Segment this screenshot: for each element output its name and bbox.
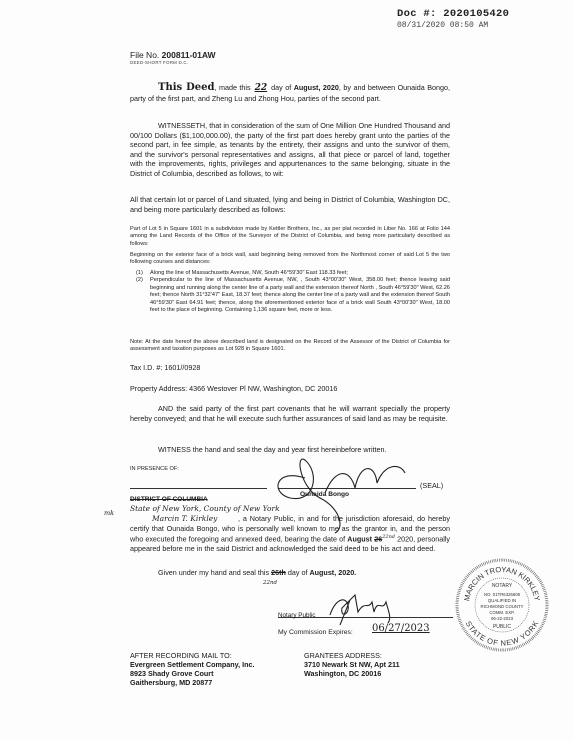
form-label: DEED-SHORT FORM D.C. bbox=[130, 60, 188, 65]
file-no-value: 200811-01AW bbox=[162, 50, 216, 60]
covenant-paragraph: AND the said party of the first part cov… bbox=[130, 404, 450, 423]
given-day-handwritten: 22nd bbox=[263, 580, 277, 586]
doc-label: Doc #: bbox=[397, 8, 437, 20]
course-number: (2) bbox=[130, 277, 150, 314]
grantees-line: Washington, DC 20016 bbox=[304, 669, 400, 678]
deed-page: Doc #: 2020105420 08/31/2020 08:50 AM Fi… bbox=[0, 0, 573, 742]
handwritten-jurisdiction: State of New York, County of New York bbox=[130, 504, 280, 513]
recording-stamp: Doc #: 2020105420 08/31/2020 08:50 AM bbox=[397, 8, 509, 30]
given-under-text: Given under my hand and seal this bbox=[158, 568, 269, 577]
seal-county: RICHMOND COUNTY bbox=[481, 604, 524, 609]
course-text: Along the line of Massachusetts Avenue, … bbox=[150, 270, 450, 277]
course-item: (2)Perpendicular to the line of Massachu… bbox=[130, 277, 450, 314]
certify-month: August bbox=[347, 535, 372, 544]
seal-exp-date: 06-22-2023 bbox=[491, 616, 514, 621]
seal-number: NO. 01TR6326608 bbox=[484, 592, 521, 597]
doc-number: 2020105420 bbox=[443, 8, 509, 20]
given-day-of: day of bbox=[288, 568, 308, 577]
mail-to-block: AFTER RECORDING MAIL TO: Evergreen Settl… bbox=[130, 651, 255, 687]
beginning-description: Beginning on the exterior face of a bric… bbox=[130, 252, 450, 267]
mail-to-line: Evergreen Settlement Company, Inc. bbox=[130, 660, 255, 669]
seal-public: PUBLIC bbox=[493, 624, 511, 630]
certify-day-handwritten: 22nd bbox=[382, 534, 395, 540]
opening-month-year: August, 2020 bbox=[294, 83, 339, 92]
notary-signature bbox=[320, 590, 420, 625]
course-item: (1)Along the line of Massachusetts Avenu… bbox=[130, 270, 450, 277]
mail-to-line: 8923 Shady Grove Court bbox=[130, 669, 255, 678]
seal-qualified: QUALIFIED IN bbox=[488, 598, 516, 603]
given-day-struck: 26th bbox=[271, 568, 286, 577]
file-no-label: File No. bbox=[130, 50, 159, 60]
seal-label: (SEAL) bbox=[420, 481, 443, 490]
notary-certification: , a Notary Public, in and for the jurisd… bbox=[130, 514, 450, 554]
seal-title: NOTARY bbox=[492, 583, 513, 589]
witness-signature-line bbox=[130, 488, 267, 489]
commission-label: My Commission Expires: bbox=[278, 629, 353, 636]
land-intro: All that certain lot or parcel of Land s… bbox=[130, 195, 450, 214]
handwritten-day: 22 bbox=[251, 83, 272, 93]
file-number: File No. 200811-01AW bbox=[130, 50, 216, 60]
mail-to-line: Gaithersburg, MD 20877 bbox=[130, 678, 255, 687]
commission-expires-date: 06/27/2023 bbox=[372, 623, 430, 634]
assessor-note: Note: At the date hereof the above descr… bbox=[130, 339, 450, 354]
seal-comm-exp: COMM. EXP. bbox=[489, 610, 514, 615]
in-presence-of: IN PRESENCE OF: bbox=[130, 466, 179, 472]
courses-list: (1)Along the line of Massachusetts Avenu… bbox=[130, 270, 450, 314]
opening-paragraph: This Deed, made this22day of August, 202… bbox=[130, 83, 450, 103]
grantees-address-block: GRANTEES ADDRESS: 3710 Newark St NW, Apt… bbox=[304, 651, 400, 678]
property-address: Property Address: 4366 Westover Pl NW, W… bbox=[130, 384, 450, 394]
notary-public-label: Notary Public bbox=[278, 612, 315, 619]
grantees-label: GRANTEES ADDRESS: bbox=[304, 651, 400, 660]
mail-to-label: AFTER RECORDING MAIL TO: bbox=[130, 651, 255, 660]
tax-id: Tax I.D. #: 1601//0928 bbox=[130, 363, 450, 373]
certify-day-struck: 26 bbox=[374, 535, 382, 544]
handwritten-initials: mk bbox=[104, 509, 114, 517]
course-text: Perpendicular to the line of Massachuset… bbox=[150, 277, 450, 314]
recording-datetime: 08/31/2020 08:50 AM bbox=[397, 21, 509, 30]
witnesseth-paragraph: WITNESSETH, that in consideration of the… bbox=[130, 121, 450, 179]
opening-made-this: , made this bbox=[215, 83, 251, 92]
struck-jurisdiction: DISTRICT OF COLUMBIA bbox=[130, 496, 208, 503]
course-number: (1) bbox=[130, 270, 150, 277]
opening-day-of: day of bbox=[271, 83, 291, 92]
grantees-line: 3710 Newark St NW, Apt 211 bbox=[304, 660, 400, 669]
given-under-hand: Given under my hand and seal this 26th d… bbox=[130, 568, 450, 578]
part-of-lot: Part of Lot 5 in Square 1601 in a subdiv… bbox=[130, 226, 450, 248]
given-month-year: August, 2020. bbox=[309, 568, 356, 577]
deed-title: This Deed bbox=[158, 82, 215, 93]
